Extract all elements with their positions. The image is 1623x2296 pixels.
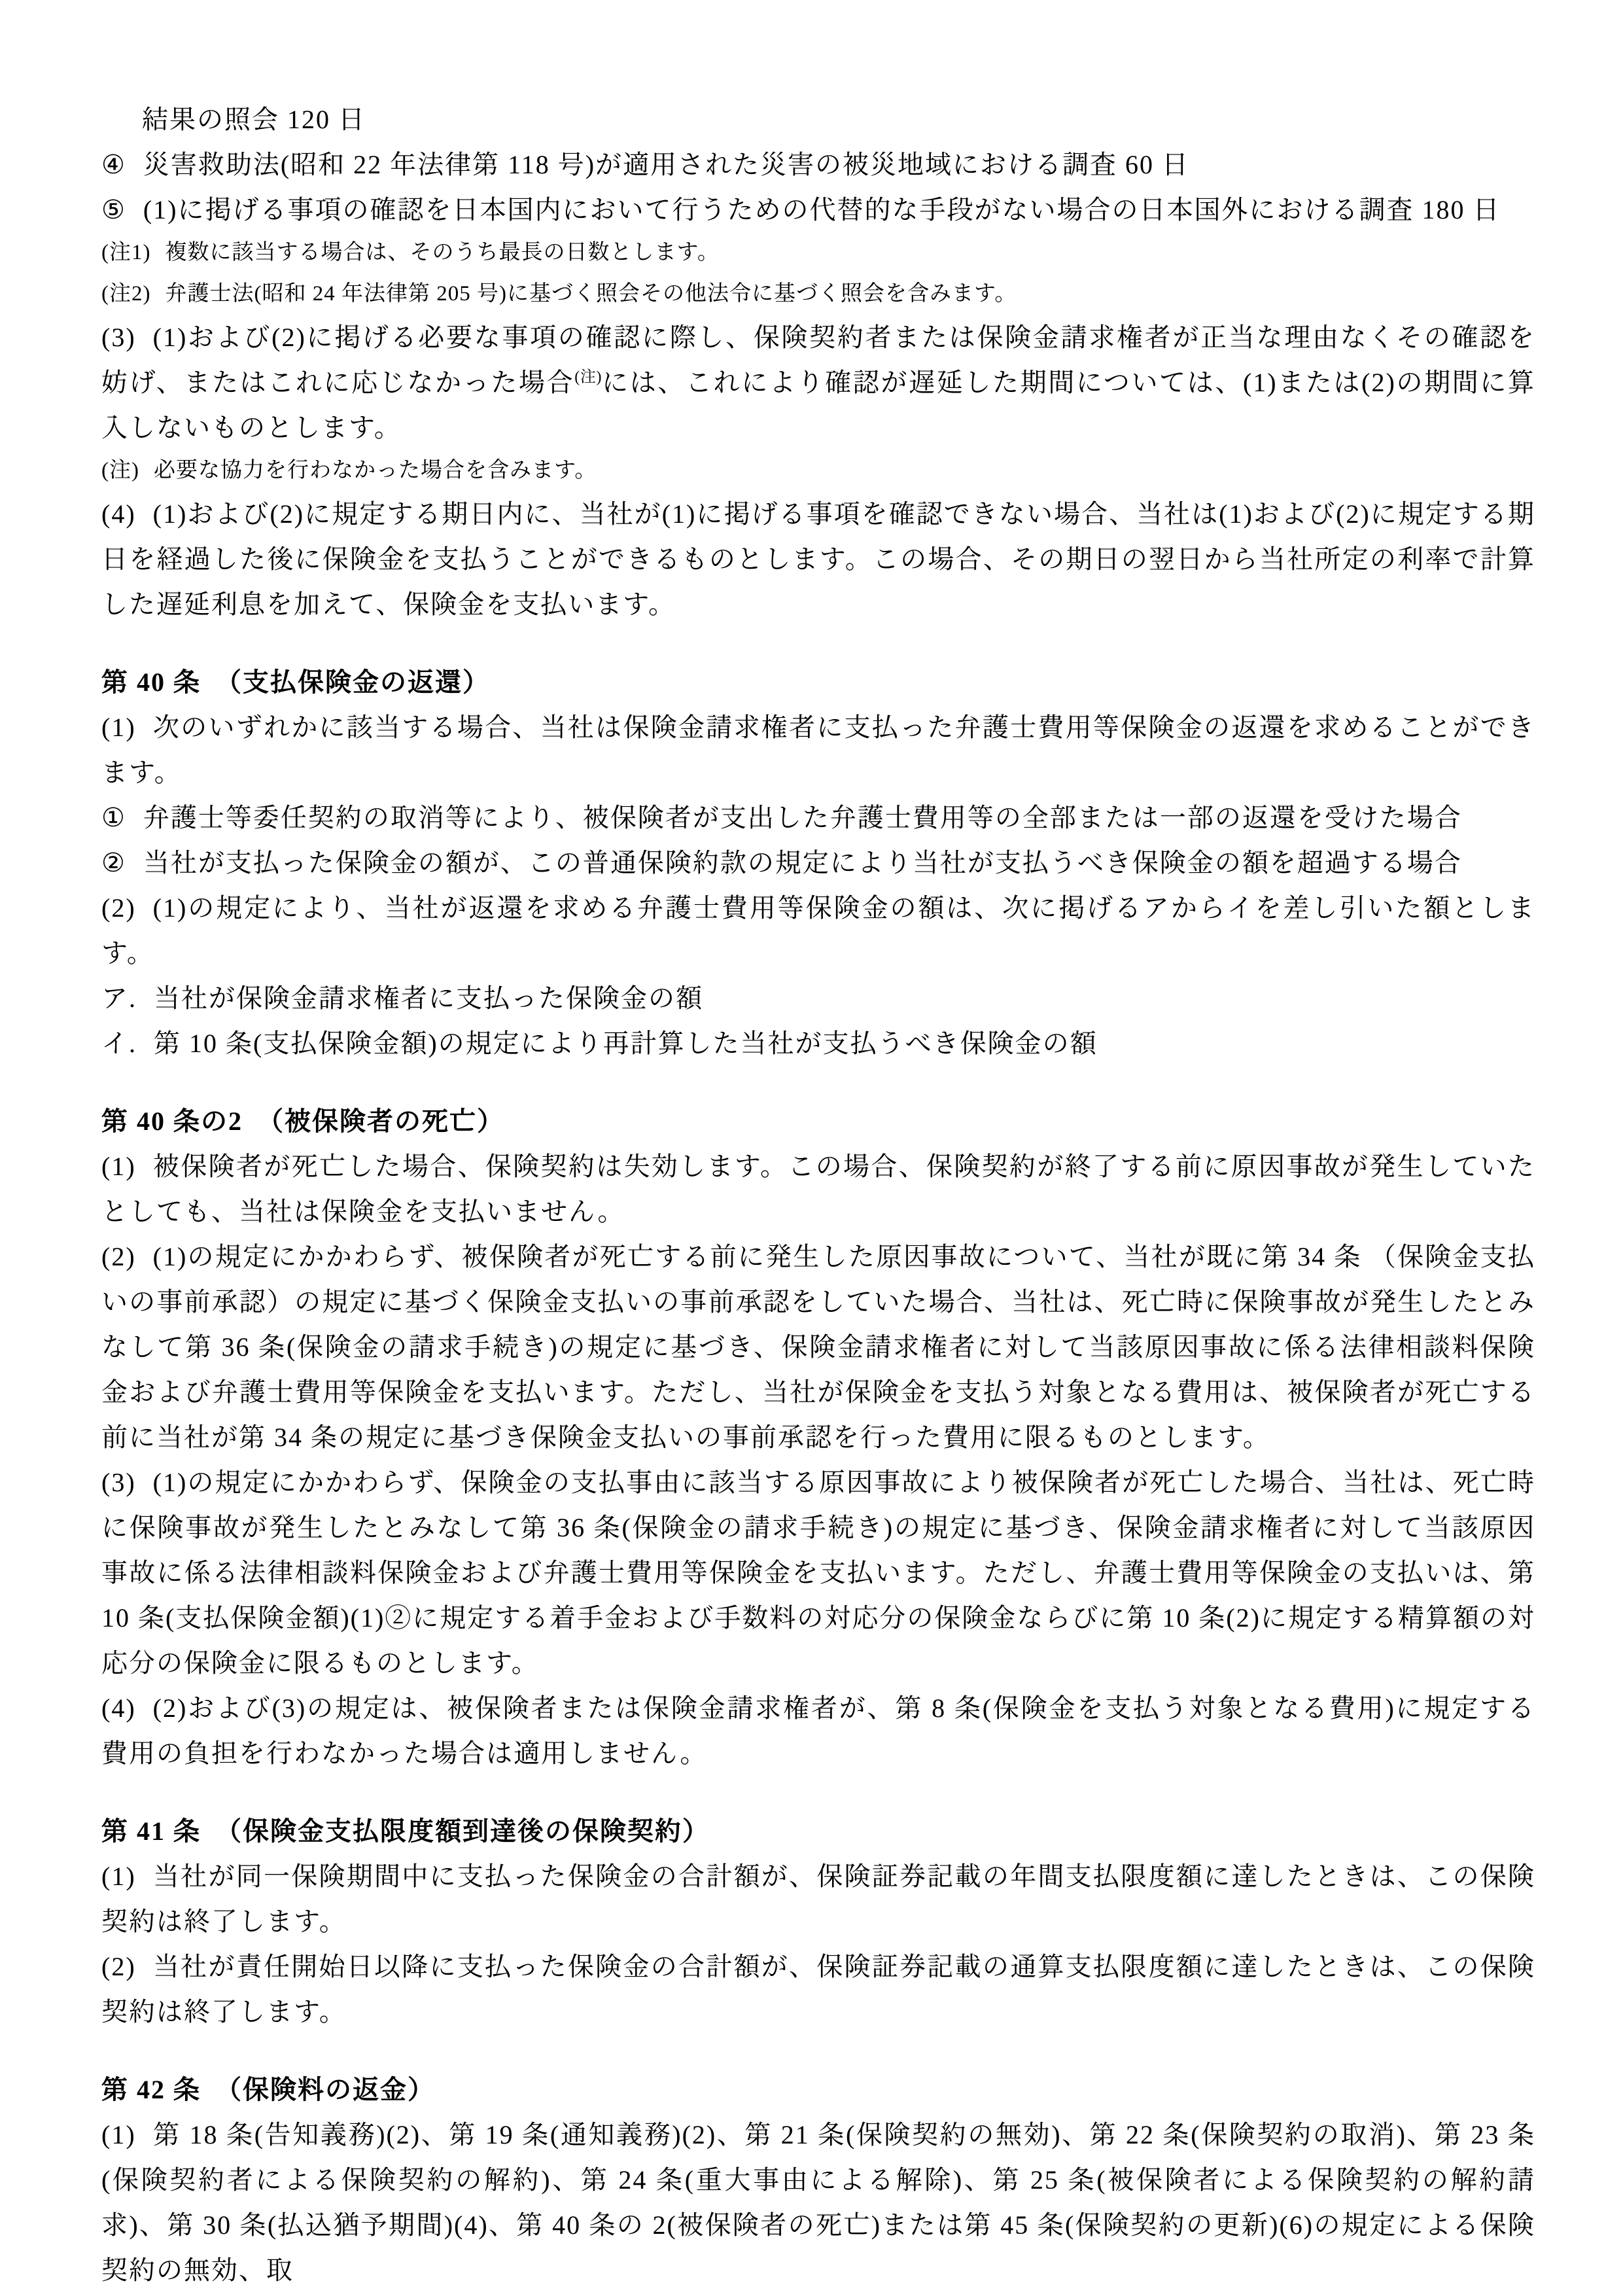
text-run: 第 18 条(告知義務)(2)、第 19 条(通知義務)(2)、第 21 条(保… bbox=[101, 2120, 1535, 2285]
article-heading: 第 40 条の2 （被保険者の死亡） bbox=[101, 1099, 1535, 1144]
paragraph-marker: (2) bbox=[101, 1234, 136, 1279]
paragraph: (1)次のいずれかに該当する場合、当社は保険金請求権者に支払った弁護士費用等保険… bbox=[101, 705, 1535, 795]
text-run: 第 42 条 （保険料の返金） bbox=[101, 2075, 435, 2104]
paragraph-marker: (3) bbox=[101, 315, 136, 360]
paragraph-marker: (注) bbox=[101, 450, 139, 491]
paragraph: ①弁護士等委任契約の取消等により、被保険者が支出した弁護士費用等の全部または一部… bbox=[101, 795, 1535, 840]
note-line: (注)必要な協力を行わなかった場合を含みます。 bbox=[101, 450, 1535, 491]
paragraph: (2)(1)の規定にかかわらず、被保険者が死亡する前に発生した原因事故について、… bbox=[101, 1234, 1535, 1460]
paragraph: イ.第 10 条(支払保険金額)の規定により再計算した当社が支払うべき保険金の額 bbox=[101, 1021, 1535, 1066]
text-run: (1)に掲げる事項の確認を日本国内において行うための代替的な手段がない場合の日本… bbox=[143, 195, 1501, 224]
paragraph: (2)当社が責任開始日以降に支払った保険金の合計額が、保険証券記載の通算支払限度… bbox=[101, 1944, 1535, 2034]
text-run: 第 40 条 （支払保険金の返還） bbox=[101, 667, 490, 697]
paragraph: (1)当社が同一保険期間中に支払った保険金の合計額が、保険証券記載の年間支払限度… bbox=[101, 1854, 1535, 1944]
paragraph-marker: (3) bbox=[101, 1460, 136, 1505]
text-run: 結果の照会 120 日 bbox=[142, 105, 366, 134]
paragraph: ④災害救助法(昭和 22 年法律第 118 号)が適用された災害の被災地域におけ… bbox=[101, 142, 1535, 187]
paragraph-marker: (4) bbox=[101, 491, 136, 537]
paragraph-marker: (1) bbox=[101, 705, 136, 750]
text-run: 複数に該当する場合は、そのうち最長の日数とします。 bbox=[165, 241, 719, 264]
text-run: 当社が支払った保険金の額が、この普通保険約款の規定により当社が支払うべき保険金の… bbox=[143, 848, 1462, 877]
note-line: (注2)弁護士法(昭和 24 年法律第 205 号)に基づく照会その他法令に基づ… bbox=[101, 274, 1535, 315]
paragraph-marker: (1) bbox=[101, 2112, 136, 2157]
text-run: 必要な協力を行わなかった場合を含みます。 bbox=[154, 459, 597, 482]
paragraph: (2)(1)の規定により、当社が返還を求める弁護士費用等保険金の額は、次に掲げる… bbox=[101, 885, 1535, 976]
text-run: 弁護士法(昭和 24 年法律第 205 号)に基づく照会その他法令に基づく照会を… bbox=[165, 282, 1017, 306]
paragraph-marker: (4) bbox=[101, 1686, 136, 1731]
note-line: (注1)複数に該当する場合は、そのうち最長の日数とします。 bbox=[101, 232, 1535, 274]
paragraph-marker: (2) bbox=[101, 885, 136, 930]
paragraph: ⑤(1)に掲げる事項の確認を日本国内において行うための代替的な手段がない場合の日… bbox=[101, 187, 1535, 232]
paragraph-marker: (1) bbox=[101, 1144, 136, 1189]
text-run: 次のいずれかに該当する場合、当社は保険金請求権者に支払った弁護士費用等保険金の返… bbox=[101, 713, 1535, 787]
text-run: 第 41 条 （保険金支払限度額到達後の保険契約） bbox=[101, 1816, 710, 1846]
text-run: (1)の規定により、当社が返還を求める弁護士費用等保険金の額は、次に掲げるアから… bbox=[101, 893, 1535, 968]
paragraph-marker: (注2) bbox=[101, 274, 150, 315]
text-run: 被保険者が死亡した場合、保険契約は失効します。この場合、保険契約が終了する前に原… bbox=[101, 1152, 1535, 1226]
paragraph: (3)(1)の規定にかかわらず、保険金の支払事由に該当する原因事故により被保険者… bbox=[101, 1460, 1535, 1686]
paragraph-marker: ④ bbox=[101, 142, 126, 187]
text-run: 弁護士等委任契約の取消等により、被保険者が支出した弁護士費用等の全部または一部の… bbox=[143, 803, 1462, 832]
paragraph-marker: ② bbox=[101, 840, 126, 885]
text-run: (1)および(2)に規定する期日内に、当社が(1)に掲げる事項を確認できない場合… bbox=[101, 499, 1535, 619]
article-heading: 第 40 条 （支払保険金の返還） bbox=[101, 660, 1535, 705]
paragraph-marker: (1) bbox=[101, 1854, 136, 1899]
text-run: 当社が責任開始日以降に支払った保険金の合計額が、保険証券記載の通算支払限度額に達… bbox=[101, 1952, 1535, 2026]
text-run: 災害救助法(昭和 22 年法律第 118 号)が適用された災害の被災地域における… bbox=[143, 150, 1189, 179]
paragraph-marker: ア. bbox=[101, 976, 137, 1021]
text-run: 当社が保険金請求権者に支払った保険金の額 bbox=[154, 983, 703, 1013]
paragraph-marker: イ. bbox=[101, 1021, 137, 1066]
text-run: (1)の規定にかかわらず、被保険者が死亡する前に発生した原因事故について、当社が… bbox=[101, 1242, 1535, 1452]
paragraph: (4)(2)および(3)の規定は、被保険者または保険金請求権者が、第 8 条(保… bbox=[101, 1686, 1535, 1776]
paragraph: 結果の照会 120 日 bbox=[101, 97, 1535, 142]
paragraph: ②当社が支払った保険金の額が、この普通保険約款の規定により当社が支払うべき保険金… bbox=[101, 840, 1535, 885]
paragraph: ア.当社が保険金請求権者に支払った保険金の額 bbox=[101, 976, 1535, 1021]
article-heading: 第 41 条 （保険金支払限度額到達後の保険契約） bbox=[101, 1809, 1535, 1854]
article-heading: 第 42 条 （保険料の返金） bbox=[101, 2067, 1535, 2112]
paragraph: (3)(1)および(2)に掲げる必要な事項の確認に際し、保険契約者または保険金請… bbox=[101, 315, 1535, 450]
document-page: 結果の照会 120 日④災害救助法(昭和 22 年法律第 118 号)が適用され… bbox=[0, 0, 1623, 2296]
text-run: 第 10 条(支払保険金額)の規定により再計算した当社が支払うべき保険金の額 bbox=[154, 1029, 1098, 1058]
paragraph: (1)被保険者が死亡した場合、保険契約は失効します。この場合、保険契約が終了する… bbox=[101, 1144, 1535, 1234]
paragraph-marker: ⑤ bbox=[101, 187, 126, 232]
note-superscript: (注) bbox=[574, 369, 601, 386]
text-run: (2)および(3)の規定は、被保険者または保険金請求権者が、第 8 条(保険金を… bbox=[101, 1693, 1535, 1768]
paragraph-marker: (2) bbox=[101, 1944, 136, 1989]
text-run: (1)の規定にかかわらず、保険金の支払事由に該当する原因事故により被保険者が死亡… bbox=[101, 1468, 1535, 1678]
text-run: 当社が同一保険期間中に支払った保険金の合計額が、保険証券記載の年間支払限度額に達… bbox=[101, 1862, 1535, 1936]
document-body: 結果の照会 120 日④災害救助法(昭和 22 年法律第 118 号)が適用され… bbox=[101, 97, 1535, 2293]
paragraph-marker: (注1) bbox=[101, 232, 150, 274]
paragraph: (1)第 18 条(告知義務)(2)、第 19 条(通知義務)(2)、第 21 … bbox=[101, 2112, 1535, 2293]
text-run: 第 40 条の2 （被保険者の死亡） bbox=[101, 1106, 504, 1136]
paragraph-marker: ① bbox=[101, 795, 126, 840]
paragraph: (4)(1)および(2)に規定する期日内に、当社が(1)に掲げる事項を確認できな… bbox=[101, 491, 1535, 627]
